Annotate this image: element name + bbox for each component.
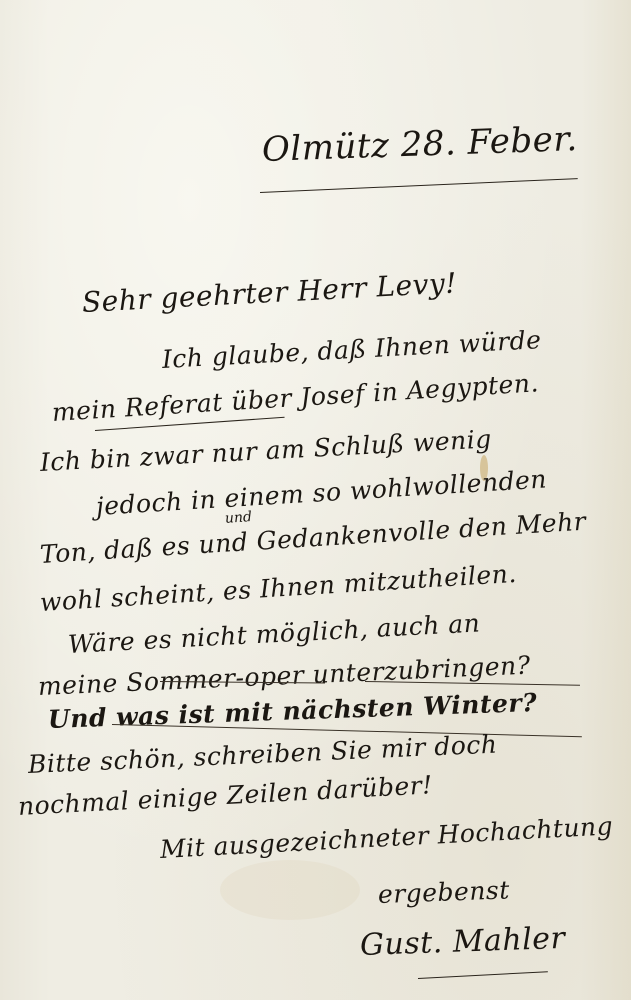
letter-page: Olmütz 28. Feber. Sehr geehrter Herr Lev…	[0, 0, 631, 1000]
salutation: Sehr geehrter Herr Levy!	[81, 266, 458, 319]
body-line: wohl scheint, es Ihnen mitzutheilen.	[39, 559, 517, 617]
insertion-above: und	[224, 509, 252, 527]
body-line: Wäre es nicht möglich, auch an	[67, 608, 481, 659]
place-date: Olmütz 28. Feber.	[261, 119, 578, 170]
body-line: Ich glaube, daß Ihnen würde	[161, 325, 542, 374]
closing-ergebenst: ergebenst	[377, 875, 510, 909]
body-line: Ich bin zwar nur am Schluß wenig	[39, 424, 492, 477]
paper-stain	[220, 860, 360, 920]
body-line: mein Referat über Josef in Aegypten.	[51, 368, 540, 427]
signature: Gust. Mahler	[359, 921, 566, 963]
body-line: nochmal einige Zeilen darüber!	[17, 770, 433, 821]
signature-flourish	[418, 971, 548, 979]
date-underline	[260, 178, 578, 193]
closing: Mit ausgezeichneter Hochachtung	[159, 811, 614, 864]
